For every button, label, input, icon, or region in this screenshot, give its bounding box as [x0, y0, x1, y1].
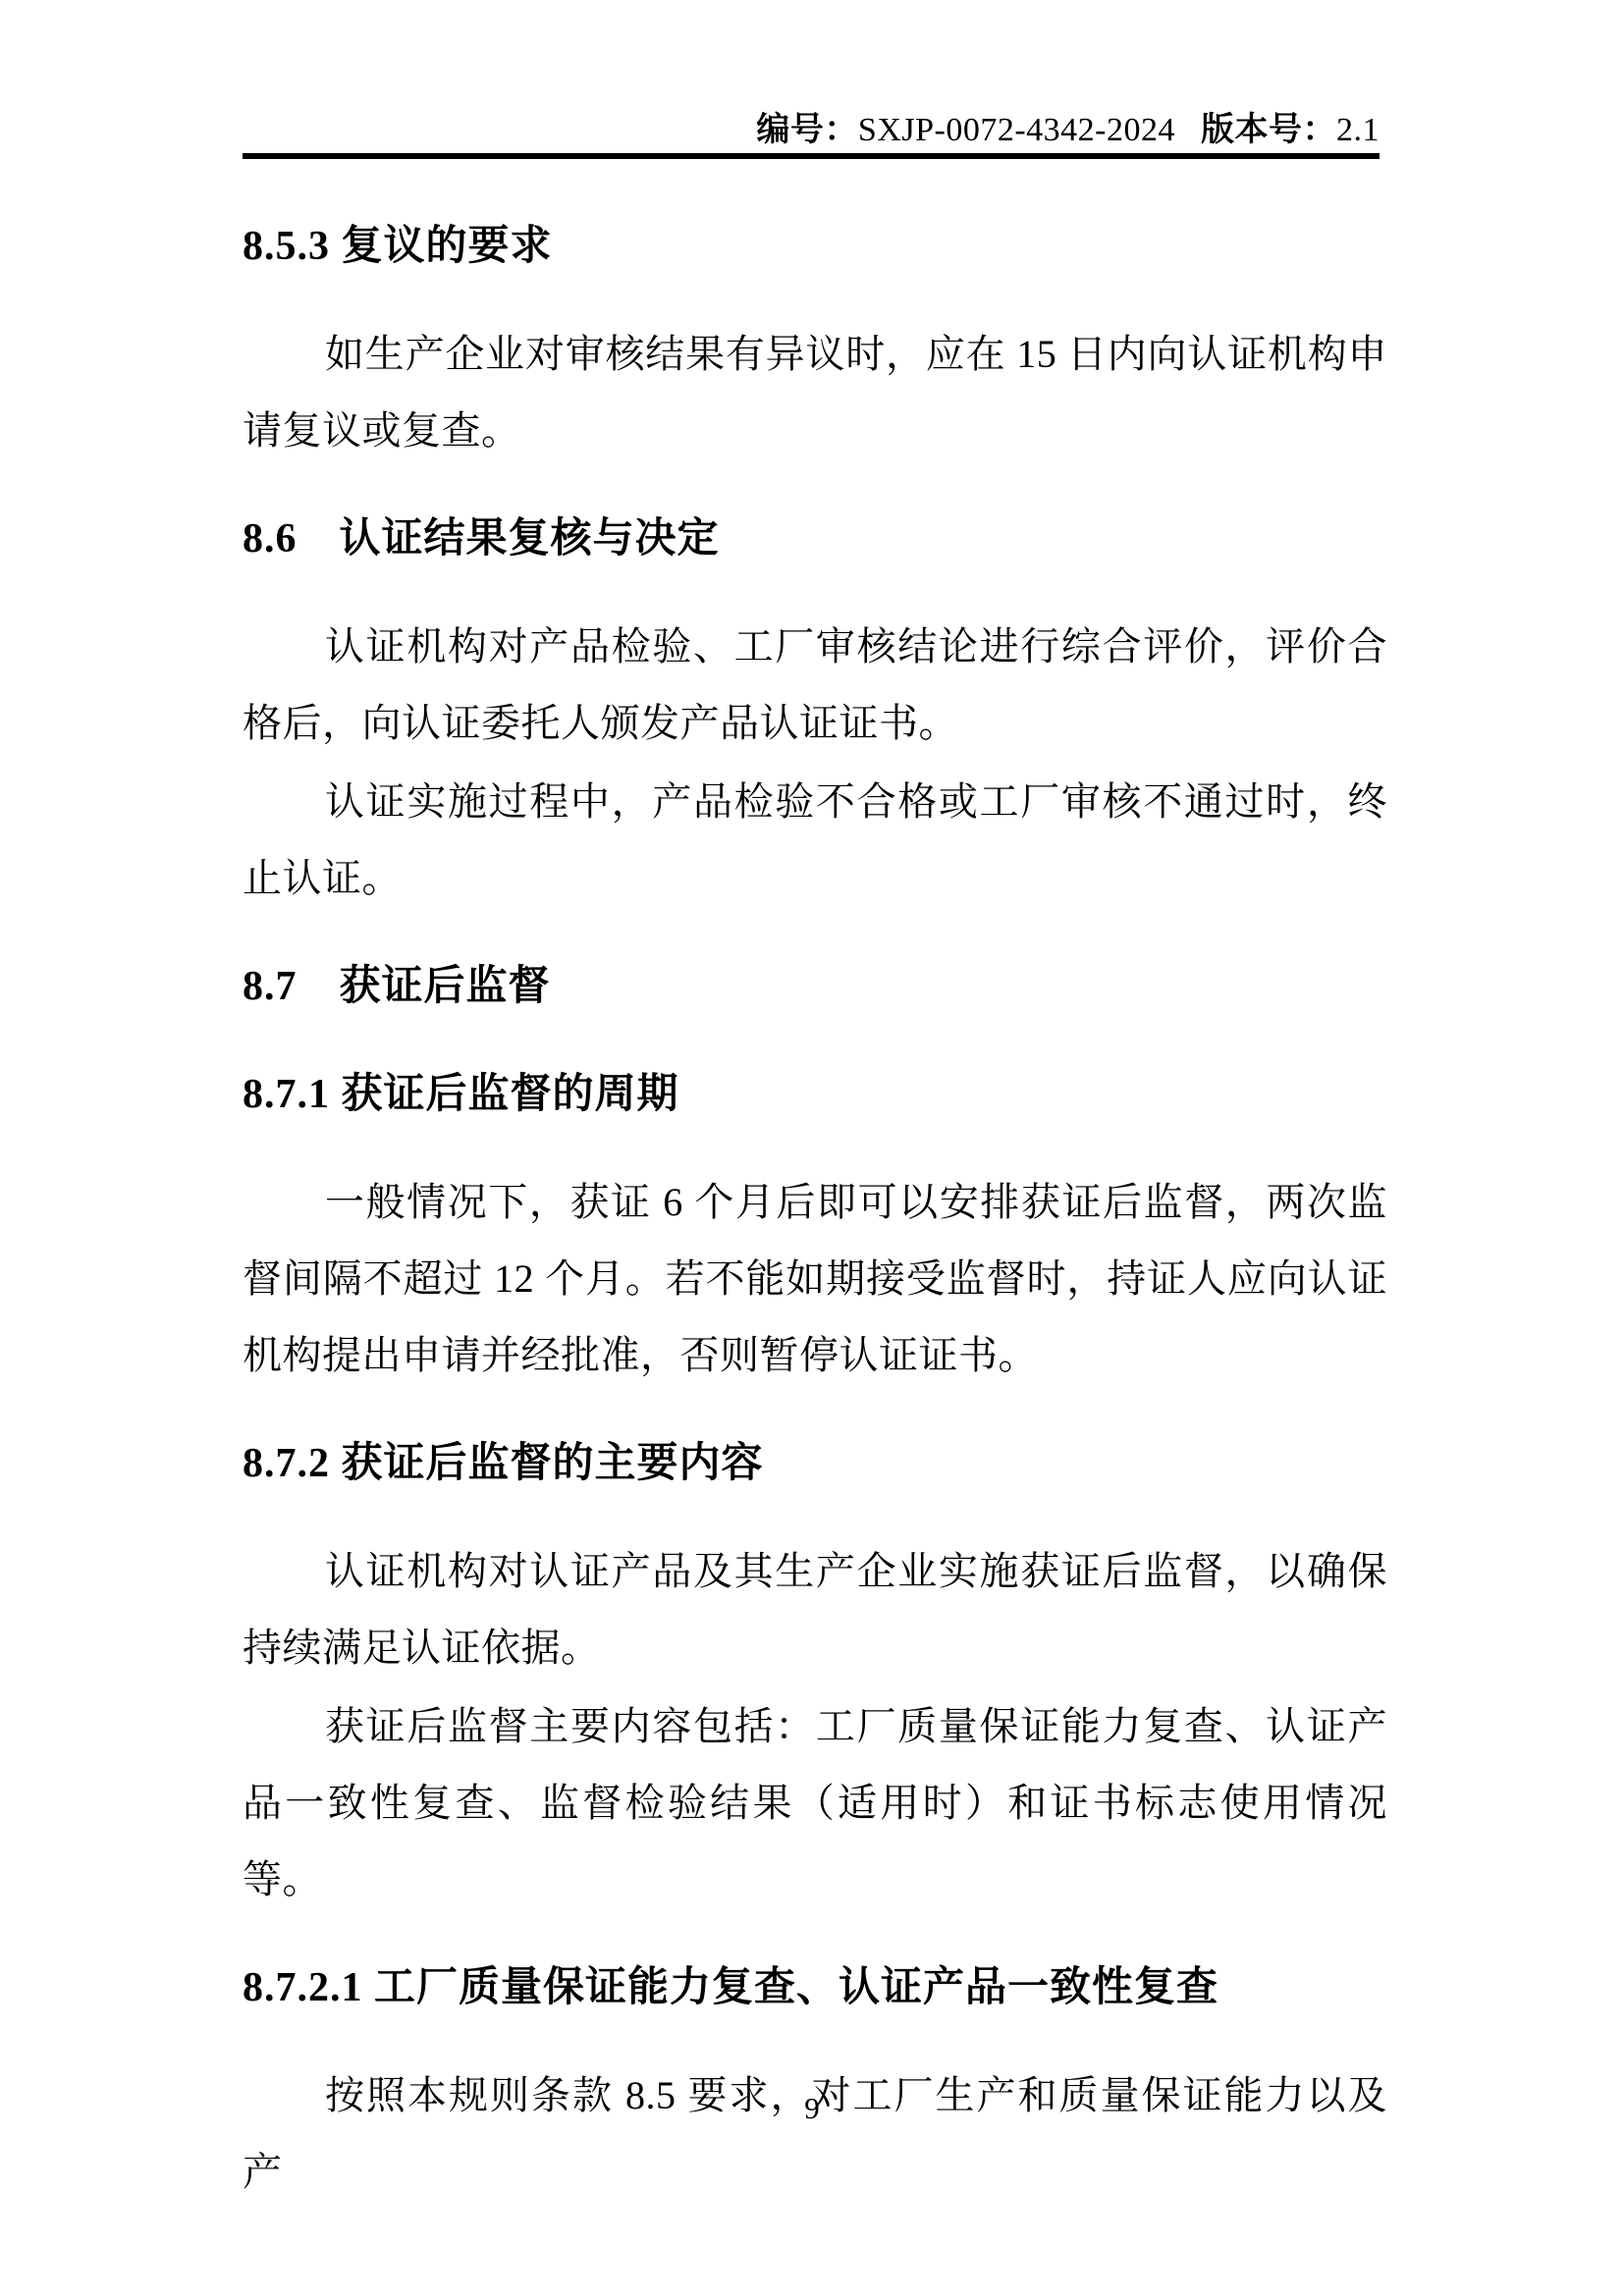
header-rule-divider — [243, 153, 1380, 159]
section-heading-8-7-2: 8.7.2 获证后监督的主要内容 — [243, 1425, 1387, 1502]
version-value: 2.1 — [1336, 112, 1380, 148]
body-paragraph: 认证机构对认证产品及其生产企业实施获证后监督，以确保持续满足认证依据。 — [243, 1533, 1387, 1686]
version-label: 版本号： — [1201, 112, 1336, 148]
body-paragraph: 按照本规则条款 8.5 要求，对工厂生产和质量保证能力以及产 — [243, 2057, 1387, 2211]
doc-number-value: SXJP-0072-4342-2024 — [858, 112, 1175, 148]
doc-number-label: 编号： — [756, 112, 858, 148]
body-paragraph: 一般情况下，获证 6 个月后即可以安排获证后监督，两次监督间隔不超过 12 个月… — [243, 1164, 1387, 1394]
section-heading-8-7-1: 8.7.1 获证后监督的周期 — [243, 1056, 1387, 1133]
section-heading-8-5-3: 8.5.3 复议的要求 — [243, 208, 1387, 285]
body-paragraph: 认证机构对产品检验、工厂审核结论进行综合评价，评价合格后，向认证委托人颁发产品认… — [243, 609, 1387, 762]
section-heading-8-6: 8.6 认证结果复核与决定 — [243, 501, 1387, 577]
document-body: 8.5.3 复议的要求 如生产企业对审核结果有异议时，应在 15 日内向认证机构… — [243, 177, 1387, 2213]
section-heading-8-7: 8.7 获证后监督 — [243, 948, 1387, 1025]
section-heading-8-7-2-1: 8.7.2.1 工厂质量保证能力复查、认证产品一致性复查 — [243, 1949, 1387, 2026]
body-paragraph: 获证后监督主要内容包括：工厂质量保证能力复查、认证产品一致性复查、监督检验结果（… — [243, 1688, 1387, 1918]
page-header: 编号：SXJP-0072-4342-2024版本号：2.1 — [243, 110, 1380, 151]
document-page: 编号：SXJP-0072-4342-2024版本号：2.1 8.5.3 复议的要… — [0, 0, 1624, 2296]
body-paragraph: 认证实施过程中，产品检验不合格或工厂审核不通过时，终止认证。 — [243, 764, 1387, 917]
page-number: 9 — [0, 2091, 1624, 2126]
body-paragraph: 如生产企业对审核结果有异议时，应在 15 日内向认证机构申请复议或复查。 — [243, 316, 1387, 469]
